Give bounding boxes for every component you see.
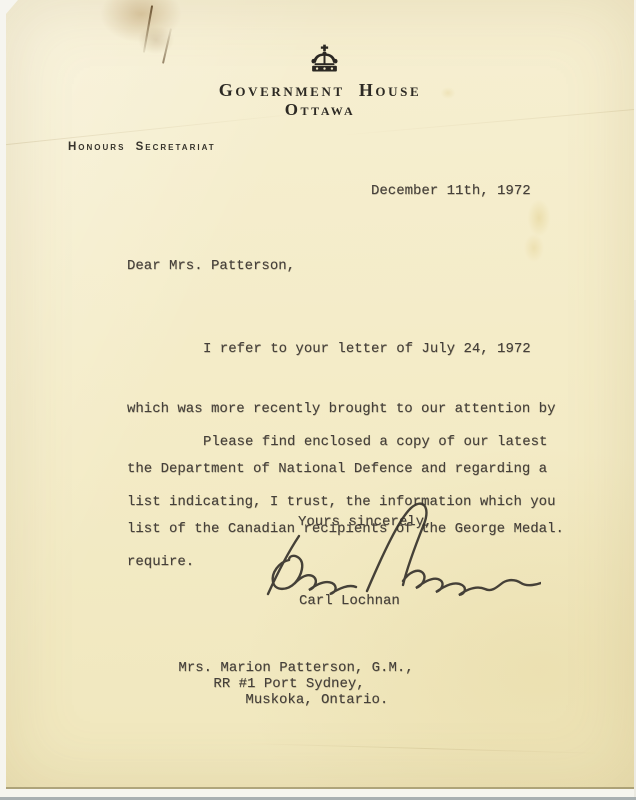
typed-signature-name: Carl Lochnan bbox=[299, 593, 400, 609]
letter-page: Government House Ottawa Honours Secretar… bbox=[6, 0, 634, 789]
scan-background: Government House Ottawa Honours Secretar… bbox=[0, 0, 636, 800]
rust-stain-streak bbox=[143, 5, 153, 53]
letterhead-organization: Government House bbox=[6, 80, 634, 101]
body-line: Please find enclosed a copy of our lates… bbox=[127, 432, 555, 452]
salutation: Dear Mrs. Patterson, bbox=[127, 258, 295, 274]
crown-icon bbox=[308, 42, 341, 77]
rust-stain-streak bbox=[162, 28, 172, 64]
paper-bottom-edge bbox=[6, 787, 634, 789]
letter-date: December 11th, 1972 bbox=[371, 183, 531, 199]
address-line: Muskoka, Ontario. bbox=[178, 692, 388, 708]
recipient-address: Mrs. Marion Patterson, G.M., RR #1 Port … bbox=[128, 644, 414, 724]
handwritten-signature bbox=[241, 490, 541, 610]
body-line: I refer to your letter of July 24, 1972 bbox=[127, 339, 564, 359]
department-title: Honours Secretariat bbox=[68, 141, 216, 153]
fold-crease bbox=[246, 743, 606, 754]
address-line: Mrs. Marion Patterson, G.M., bbox=[178, 660, 413, 676]
letterhead-city: Ottawa bbox=[6, 100, 634, 120]
address-line: RR #1 Port Sydney, bbox=[178, 676, 364, 692]
